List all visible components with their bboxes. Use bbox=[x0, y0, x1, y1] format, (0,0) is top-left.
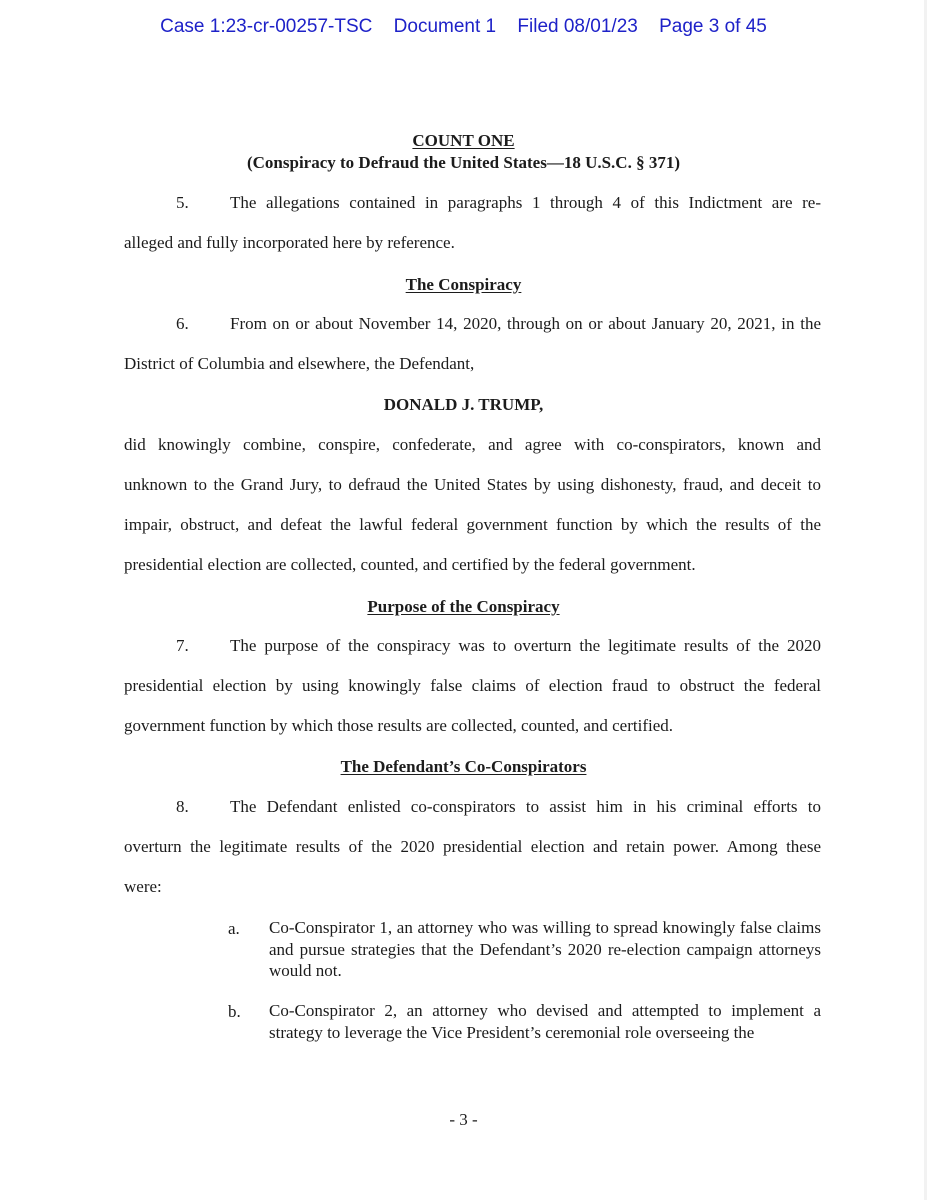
list-item-label-a: a. bbox=[228, 919, 240, 939]
paragraph-6-line: District of Columbia and elsewhere, the … bbox=[124, 354, 821, 374]
page-indicator: Page 3 of 45 bbox=[659, 16, 767, 37]
paragraph-6-line: presidential election are collected, cou… bbox=[124, 555, 821, 575]
paragraph-8-line: The Defendant enlisted co-conspirators t… bbox=[230, 797, 821, 817]
paragraph-5-line: The allegations contained in paragraphs … bbox=[230, 193, 821, 213]
list-item-co-conspirator-2: Co-Conspirator 2, an attorney who devise… bbox=[269, 1000, 821, 1043]
section-heading-the-conspiracy: The Conspiracy bbox=[0, 275, 927, 295]
defendant-name: DONALD J. TRUMP, bbox=[0, 395, 927, 415]
case-number: Case 1:23-cr-00257-TSC bbox=[160, 16, 372, 37]
paragraph-7-line: The purpose of the conspiracy was to ove… bbox=[230, 636, 821, 656]
paragraph-6-line: From on or about November 14, 2020, thro… bbox=[230, 314, 821, 334]
list-item-label-b: b. bbox=[228, 1002, 241, 1022]
paragraph-7-line: government function by which those resul… bbox=[124, 716, 821, 736]
paragraph-number-6: 6. bbox=[176, 314, 189, 334]
court-filing-stamp: Case 1:23-cr-00257-TSC Document 1 Filed … bbox=[0, 16, 927, 38]
paragraph-8-line: were: bbox=[124, 877, 821, 897]
paragraph-number-8: 8. bbox=[176, 797, 189, 817]
page-number: - 3 - bbox=[0, 1110, 927, 1130]
paragraph-6-line: unknown to the Grand Jury, to defraud th… bbox=[124, 475, 821, 495]
document-number: Document 1 bbox=[394, 16, 496, 37]
section-heading-co-conspirators: The Defendant’s Co-Conspirators bbox=[0, 757, 927, 777]
paragraph-7-line: presidential election by using knowingly… bbox=[124, 676, 821, 696]
paragraph-8-line: overturn the legitimate results of the 2… bbox=[124, 837, 821, 857]
paragraph-6-line: did knowingly combine, conspire, confede… bbox=[124, 435, 821, 455]
paragraph-6-line: impair, obstruct, and defeat the lawful … bbox=[124, 515, 821, 535]
list-item-co-conspirator-1: Co-Conspirator 1, an attorney who was wi… bbox=[269, 917, 821, 982]
paragraph-5-line: alleged and fully incorporated here by r… bbox=[124, 233, 821, 253]
count-subtitle: (Conspiracy to Defraud the United States… bbox=[0, 153, 927, 173]
paragraph-number-5: 5. bbox=[176, 193, 189, 213]
paragraph-number-7: 7. bbox=[176, 636, 189, 656]
filed-date: Filed 08/01/23 bbox=[517, 16, 637, 37]
section-heading-purpose: Purpose of the Conspiracy bbox=[0, 597, 927, 617]
count-title: COUNT ONE bbox=[0, 131, 927, 151]
